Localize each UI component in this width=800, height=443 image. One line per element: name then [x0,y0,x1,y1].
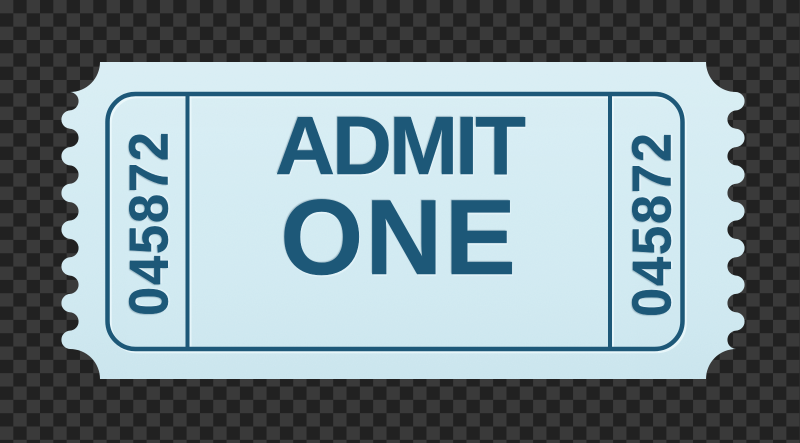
serial-number-right: 045872 [625,131,680,317]
canvas: ADMIT ONE 045872 045872 [0,0,800,443]
admit-one-ticket: ADMIT ONE 045872 045872 [0,0,800,443]
admit-text: ADMIT [188,104,610,187]
serial-number-left: 045872 [122,130,177,316]
one-text: ONE [188,184,610,291]
